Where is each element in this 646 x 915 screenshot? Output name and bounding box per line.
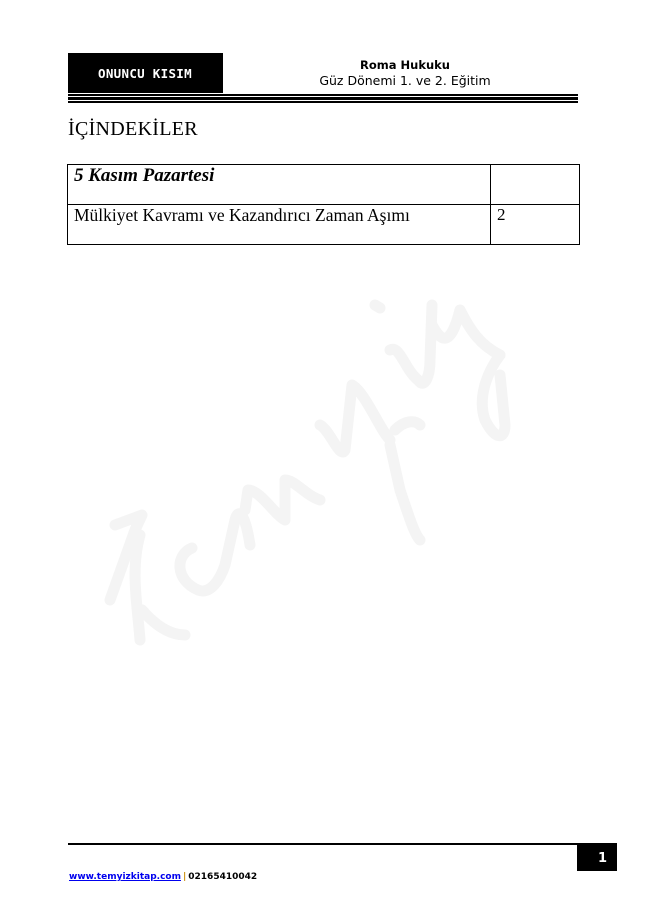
toc-section-title[interactable]: 5 Kasım Pazartesi xyxy=(68,165,491,205)
website-link[interactable]: www.temyizkitap.com xyxy=(69,872,181,882)
toc-section-page xyxy=(491,165,580,205)
header-box-edge xyxy=(221,53,223,93)
page-number: 1 xyxy=(598,851,607,866)
toc-row-item: Mülkiyet Kavramı ve Kazandırıcı Zaman Aş… xyxy=(68,205,580,245)
toc-table: 5 Kasım Pazartesi Mülkiyet Kavramı ve Ka… xyxy=(67,164,580,245)
course-title: Roma Hukuku xyxy=(240,58,570,73)
header-rule-middle xyxy=(68,97,578,100)
toc-item-title[interactable]: Mülkiyet Kavramı ve Kazandırıcı Zaman Aş… xyxy=(68,205,491,245)
course-header: Roma Hukuku Güz Dönemi 1. ve 2. Eğitim xyxy=(240,58,570,89)
phone-number: 02165410042 xyxy=(188,872,257,882)
part-label-box: ONUNCU KISIM xyxy=(68,53,222,93)
header-rule-top xyxy=(68,94,578,96)
toc-row-section: 5 Kasım Pazartesi xyxy=(68,165,580,205)
footer-separator: | xyxy=(183,872,186,882)
course-subtitle: Güz Dönemi 1. ve 2. Eğitim xyxy=(240,73,570,89)
page-number-box: 1 xyxy=(577,845,617,871)
toc-heading: İÇİNDEKİLER xyxy=(68,118,198,141)
part-label: ONUNCU KISIM xyxy=(98,66,192,81)
watermark-temyiz xyxy=(80,280,540,660)
footer-rule xyxy=(68,843,617,845)
footer-contact: www.temyizkitap.com|02165410042 xyxy=(69,872,257,882)
toc-item-page: 2 xyxy=(491,205,580,245)
header-rule-bottom xyxy=(68,101,578,103)
